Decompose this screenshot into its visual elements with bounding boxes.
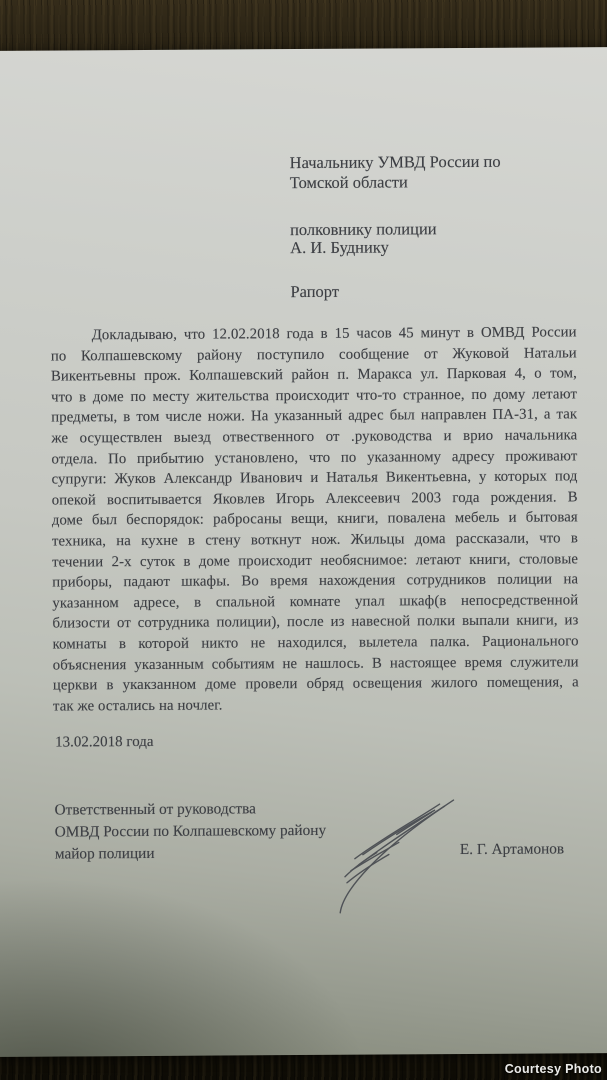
signoff-line: Ответственный от руководства: [55, 798, 327, 822]
courtesy-photo-watermark: Courtesy Photo: [505, 1062, 602, 1076]
body-line: Докладываю, что 12.02.2018 года в 15 час…: [51, 322, 577, 346]
document-paper: Начальнику УМВД России по Томской област…: [0, 47, 607, 1057]
body-line: так же остались на ночлег.: [53, 693, 579, 717]
photo-wood-table-background: Начальнику УМВД России по Томской област…: [0, 0, 607, 1080]
signoff-line: майор полиции: [55, 842, 327, 866]
body-line: приборы, падают шкафы. Во время нахожден…: [52, 569, 578, 593]
signature-scribble: [336, 792, 462, 923]
body-line: комнаты в которой никто не находился, вы…: [52, 631, 578, 655]
body-line: техника, на кухне в стену воткнут нож. Ж…: [52, 528, 578, 552]
body-line: супруги: Жуков Александр Иванович и Ната…: [51, 466, 577, 490]
report-body: Докладываю, что 12.02.2018 года в 15 час…: [51, 322, 579, 716]
addressee-line: А. И. Буднику: [290, 237, 389, 258]
signoff-line: ОМВД России по Колпашевскому району: [55, 820, 327, 844]
document-title: Рапорт: [290, 282, 339, 302]
report-date: 13.02.2018 года: [55, 734, 153, 752]
recipient-line: Томской области: [290, 172, 408, 193]
signatory-name: Е. Г. Артамонов: [460, 840, 564, 859]
recipient-line: Начальнику УМВД России по: [290, 152, 501, 173]
body-line: церкви в укакзанном доме провели обряд о…: [53, 672, 579, 696]
body-line: Викентьевны прож. Колпашевский район п. …: [51, 364, 577, 388]
signoff-block: Ответственный от руководства ОМВД России…: [55, 798, 327, 866]
body-line: же осуществлен выезд отвественного от .р…: [51, 425, 577, 449]
